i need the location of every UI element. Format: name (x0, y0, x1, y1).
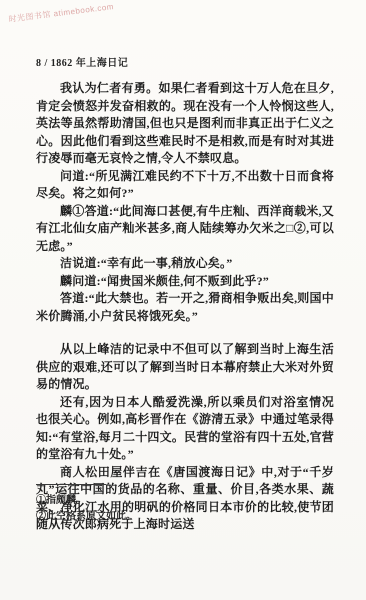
paragraph: 还有,因为日本人酷爱洗澡,所以乘员们对浴室情况也很关心。例如,高杉晋作在《游清五… (36, 394, 334, 464)
paragraph: 从以上峰洁的记录中不但可以了解到当时上海生活供应的艰难,还可以了解到当时日本幕府… (36, 341, 334, 394)
dialogue-line: 答道:“此大禁也。若一开之,猾商相争贩出矣,则国中米价腾涌,小户贫民将饿死矣。” (36, 290, 334, 325)
watermark: 时光图书馆 atimebook.com (8, 1, 115, 25)
footnote: ②此空格系原文如此。 (36, 509, 334, 525)
footnote-divider (36, 484, 106, 485)
page-header: 8 / 1862 年上海日记 (36, 54, 128, 69)
dialogue-line: 麟①答道:“此间海口甚便,有牛庄籼、西洋商载米,又有江北仙女庙产籼米甚多,商人陆… (36, 203, 334, 256)
body-text: 我认为仁者有勇。如果仁者看到这十万人危在旦夕,肯定会愤怒并发奋相救的。现在没有一… (36, 80, 334, 534)
dialogue-line: 麟问道:“闻贵国米颇佳,何不贩到此乎?” (36, 273, 334, 291)
dialogue-line: 洁说道:“幸有此一事,稍放心矣。” (36, 255, 334, 273)
paragraph: 我认为仁者有勇。如果仁者看到这十万人危在旦夕,肯定会愤怒并发奋相救的。现在没有一… (36, 80, 334, 168)
dialogue-line: 问道:“所见满江难民约不下十万,不出数十日而食将尽矣。将之如何?” (36, 168, 334, 203)
footnote: ①指颇麟。 (36, 493, 334, 509)
footnote-section: ①指颇麟。 ②此空格系原文如此。 (36, 484, 334, 525)
scanned-book-page: 时光图书馆 atimebook.com 8 / 1862 年上海日记 我认为仁者… (0, 0, 366, 600)
